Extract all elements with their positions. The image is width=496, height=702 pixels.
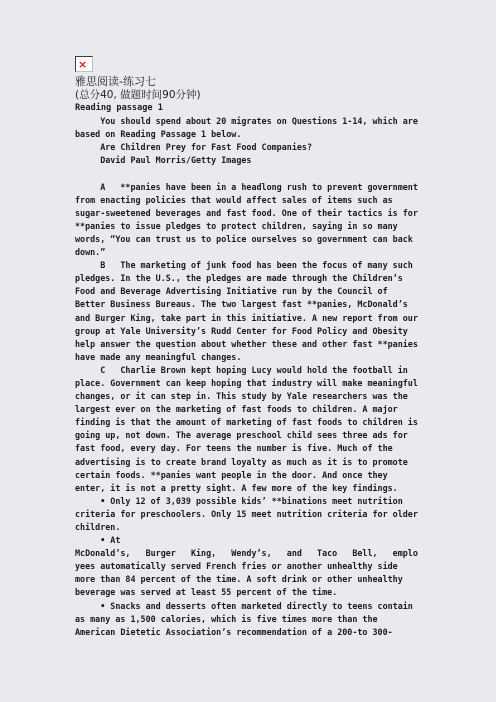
reading-passage-heading: Reading passage 1 bbox=[75, 102, 435, 115]
doc-subtitle-score-time: (总分40, 做题时间90分钟) bbox=[75, 89, 435, 103]
broken-image-icon: × bbox=[75, 56, 93, 72]
passage-text: You should spend about 20 migrates on Qu… bbox=[75, 115, 435, 639]
document-content: × 雅思阅读-练习七 (总分40, 做题时间90分钟) Reading pass… bbox=[75, 56, 435, 639]
red-x-icon: × bbox=[78, 59, 87, 70]
doc-title-chinese: 雅思阅读-练习七 bbox=[75, 75, 435, 89]
document-page: × 雅思阅读-练习七 (总分40, 做题时间90分钟) Reading pass… bbox=[0, 0, 496, 702]
